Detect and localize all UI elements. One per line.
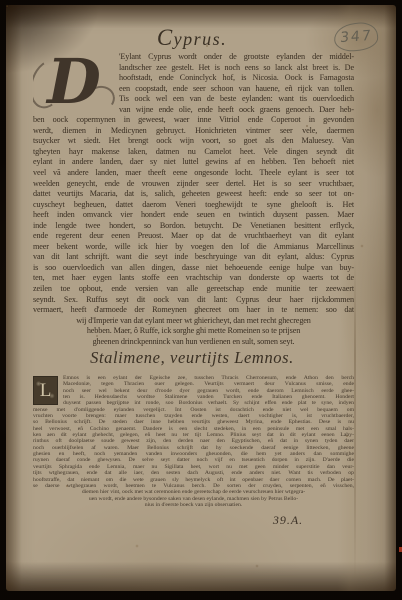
text-line: heeft inden omvanck vier hondert ende se…	[33, 210, 354, 221]
page-crease	[354, 260, 356, 580]
gathering-signature: 39.A.	[247, 513, 329, 528]
text-line: weelden geneycht, ende de vrouwen zijnde…	[33, 179, 354, 190]
text-line: wij d'Imperie van dat eylant meer wt ghi…	[33, 316, 354, 327]
text-line: is soo ouervloedich van allen dingen, da…	[33, 263, 354, 274]
handwritten-page-number: 347	[339, 28, 373, 46]
lemnos-paragraph: Emnos is een eylant der Egeische zee, tu…	[33, 375, 354, 489]
text-line: vermaert, heeft d'armoede der Romeynen g…	[33, 305, 354, 316]
text-line: Tis oock wel een van de beste eylanden: …	[119, 94, 354, 105]
page-title: Cyprus.	[32, 25, 352, 51]
text-line: ruynen daeraf conde ghewysen. De selve s…	[33, 457, 354, 463]
text-line: 'Eylant Cyprus wordt onder de grootste e…	[119, 52, 354, 63]
text-line: rinthus oft doolplaetse soude geweest zi…	[33, 438, 354, 444]
text-line: hooftstraffe, dat niemant om die wete gr…	[33, 477, 354, 483]
text-line: hooftstadt, ende Coninclyck hof, is Nico…	[119, 73, 354, 84]
paper-specks	[6, 5, 8, 7]
lemnos-woodcut-initial: L	[33, 376, 58, 405]
text-line: tsuycker wt siedt. Het brengt oock wijn …	[33, 136, 354, 147]
text-line: duysent passen begrijptse int ronde, soo…	[63, 400, 354, 406]
text-line: inde lengde twee hondert, so Bordon. bet…	[33, 221, 354, 232]
text-line: ende regerent deur eenen Preuost. Maer o…	[33, 231, 354, 242]
text-line: van wijne ende olie, ende heeft oock gra…	[119, 105, 354, 116]
cyprus-section: D 'Eylant Cyprus wordt onder de grootste…	[33, 52, 354, 350]
text-line: eylant in andere landen, daer sy niet lu…	[33, 157, 354, 168]
text-line: nius in d'eerste boeck van zijn obseruat…	[33, 502, 354, 508]
text-line: tijts wtghegrauen, ende dat alle iaer, d…	[33, 470, 354, 476]
text-line: zeilen toe opbout, ende versien van alle…	[33, 284, 354, 295]
text-line: meer bekent worde, wille ick hier by voe…	[33, 242, 354, 253]
lemnos-section: L Emnos is een eylant der Egeische zee, …	[33, 375, 354, 513]
text-line: werdt, diemen in Medicynen gebruyct. Hon…	[33, 126, 354, 137]
book-page: Cyprus. 347 D 'Eylant Cyprus wordt onder…	[6, 5, 396, 591]
text-line: cuyscheyt begheuen, dattet daerom Veneri…	[33, 200, 354, 211]
lemnos-section-heading: Stalimene, veurtijts Lemnos.	[32, 348, 352, 368]
text-line: landtscher zee gestelt. Het is noch eens…	[119, 63, 354, 74]
text-line: een coopstadt, ende seer schoon van haue…	[119, 84, 354, 95]
photo-background: Cyprus. 347 D 'Eylant Cyprus wordt onder…	[0, 0, 402, 600]
text-line: dattet veurtijts Macaria, dat is, salich…	[33, 189, 354, 200]
cyprus-paragraph-ending: wij d'Imperie van dat eylant meer wt ghi…	[33, 316, 354, 348]
text-line: hebben. Maer, ô Ruffe, ick sorghe ghi me…	[33, 326, 354, 337]
text-line: veel vã andere landen, maer theeft eene …	[33, 168, 354, 179]
lemnos-paragraph-ending: diemen hier vint, oock met wat ceremonie…	[33, 489, 354, 508]
text-line: so Bellonius schrijft. De steden daer in…	[33, 419, 354, 425]
text-line: gheenen drinckpenninck van hun verdienen…	[33, 337, 354, 348]
text-line: van dit lant schrijft. want die seyt ind…	[33, 252, 354, 263]
text-line: ten, met haer eygen lants stoffe een vra…	[33, 273, 354, 284]
cyprus-dropcap-initial: D	[33, 53, 115, 114]
text-line: tgheyten hayr makense laken, datmen nu C…	[33, 147, 354, 158]
text-line: Macedoniæ, tegen Thracien ouer gelegen. …	[63, 381, 354, 387]
text-line: seyndt. Sex. Ruffus seyt dit oock van di…	[33, 295, 354, 306]
